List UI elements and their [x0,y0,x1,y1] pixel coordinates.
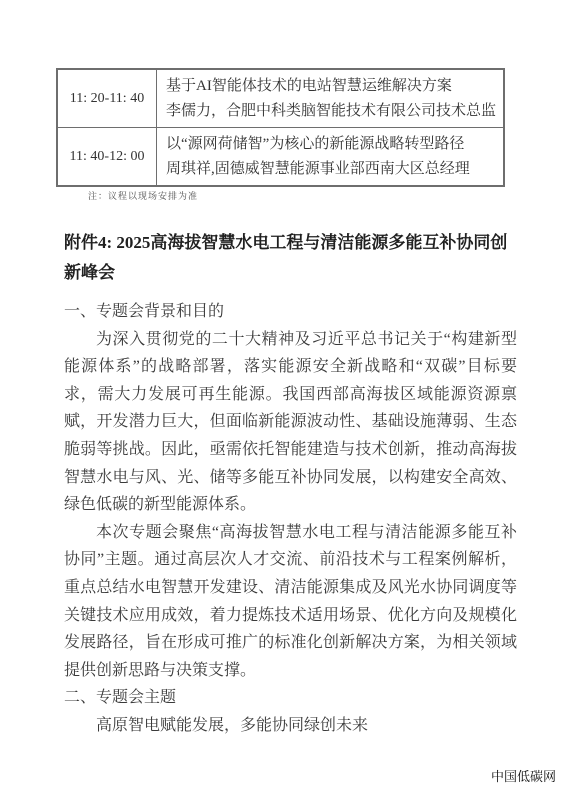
document-page: 11: 20-11: 40 基于AI智能体技术的电站智慧运维解决方案 李儒力，合… [0,0,566,800]
agenda-detail-cell: 以“源网荷储智”为核心的新能源战略转型路径 周琪祥,固德威智慧能源事业部西南大区… [157,128,505,187]
agenda-speaker: 周琪祥,固德威智慧能源事业部西南大区总经理 [166,157,497,182]
theme-slogan: 高原智电赋能发展，多能协同绿创未来 [64,712,517,740]
background-paragraph-1: 为深入贯彻党的二十大精神及习近平总书记关于“构建新型能源体系”的战略部署，落实能… [64,326,517,519]
agenda-note: 注：议程以现场安排为准 [88,189,198,202]
site-watermark: 中国低碳网 [491,766,556,785]
agenda-topic: 基于AI智能体技术的电站智慧运维解决方案 [166,74,497,99]
section-heading-theme: 二、专题会主题 [64,684,517,712]
background-paragraph-2: 本次专题会聚焦“高海拔智慧水电工程与清洁能源多能互补协同”主题。通过高层次人才交… [64,519,517,685]
table-row: 11: 20-11: 40 基于AI智能体技术的电站智慧运维解决方案 李儒力，合… [57,69,504,128]
agenda-time-slot: 11: 20-11: 40 [57,69,157,128]
section-heading-background: 一、专题会背景和目的 [64,298,517,326]
agenda-topic: 以“源网荷储智”为核心的新能源战略转型路径 [166,132,497,157]
agenda-detail-cell: 基于AI智能体技术的电站智慧运维解决方案 李儒力，合肥中科类脑智能技术有限公司技… [157,69,505,128]
agenda-speaker: 李儒力，合肥中科类脑智能技术有限公司技术总监 [166,99,497,124]
agenda-time-slot: 11: 40-12: 00 [57,128,157,187]
attachment-body: 附件4: 2025高海拔智慧水电工程与清洁能源多能互补协同创新峰会 一、专题会背… [64,228,517,740]
agenda-table: 11: 20-11: 40 基于AI智能体技术的电站智慧运维解决方案 李儒力，合… [56,68,505,187]
attachment-title: 附件4: 2025高海拔智慧水电工程与清洁能源多能互补协同创新峰会 [64,228,517,288]
table-row: 11: 40-12: 00 以“源网荷储智”为核心的新能源战略转型路径 周琪祥,… [57,128,504,187]
